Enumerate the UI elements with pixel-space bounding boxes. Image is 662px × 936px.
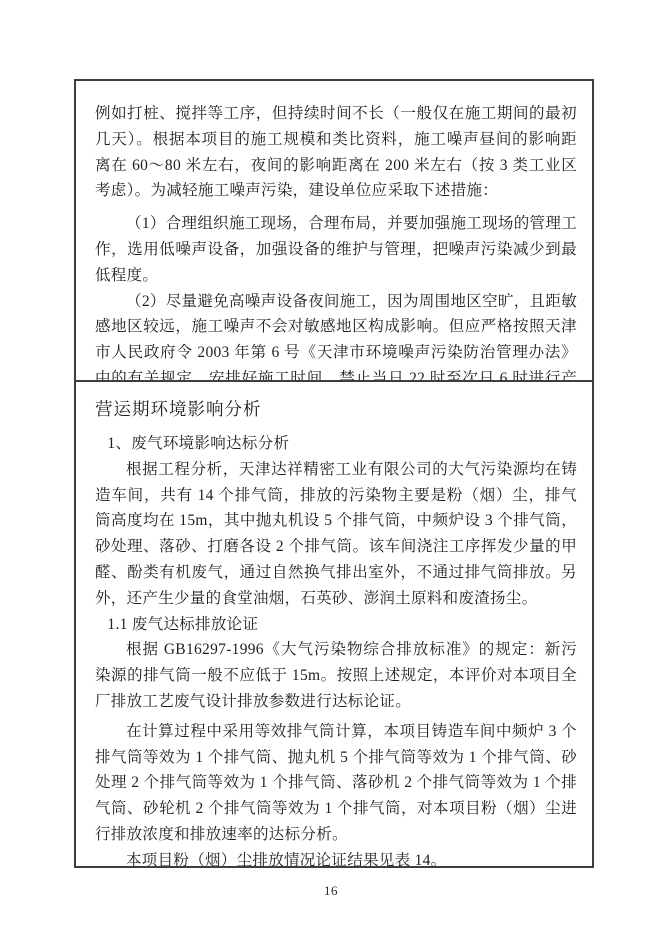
section-title: 营运期环境影响分析 — [95, 395, 577, 423]
page-number: 16 — [0, 883, 662, 899]
paragraph-pollution-sources: 根据工程分析，天津达祥精密工业有限公司的大气污染源均在铸造车间，共有 14 个排… — [95, 457, 577, 612]
paragraph-noise-measure-2: （2）尽量避免高噪声设备夜间施工，因为周围地区空旷，且距敏感地区较远，施工噪声不… — [95, 289, 577, 380]
section-construction-noise: 例如打桩、搅拌等工序，但持续时间不长（一般仅在施工期间的最初几天）。根据本项目的… — [76, 81, 592, 380]
document-page: 例如打桩、搅拌等工序，但持续时间不长（一般仅在施工期间的最初几天）。根据本项目的… — [0, 0, 662, 936]
paragraph-noise-measure-1: （1）合理组织施工现场，合理布局，并要加强施工现场的管理工作，选用低噪声设备，加… — [95, 211, 577, 288]
paragraph-noise-intro: 例如打桩、搅拌等工序，但持续时间不长（一般仅在施工期间的最初几天）。根据本项目的… — [95, 101, 577, 204]
heading-exhaust-gas-analysis: 1、废气环境影响达标分析 — [95, 431, 577, 457]
paragraph-equivalent-stack-calculation: 在计算过程中采用等效排气筒计算，本项目铸造车间中频炉 3 个排气筒等效为 1 个… — [95, 719, 577, 848]
content-border-box: 例如打桩、搅拌等工序，但持续时间不长（一般仅在施工期间的最初几天）。根据本项目的… — [74, 79, 594, 868]
paragraph-result-reference: 本项目粉（烟）尘排放情况论证结果见表 14。 — [95, 848, 577, 866]
paragraph-gb-standard: 根据 GB16297-1996《大气污染物综合排放标准》的规定：新污染源的排气筒… — [95, 637, 577, 714]
section-operation-analysis: 营运期环境影响分析 1、废气环境影响达标分析 根据工程分析，天津达祥精密工业有限… — [76, 382, 592, 866]
heading-emission-standard-verification: 1.1 废气达标排放论证 — [95, 612, 577, 638]
